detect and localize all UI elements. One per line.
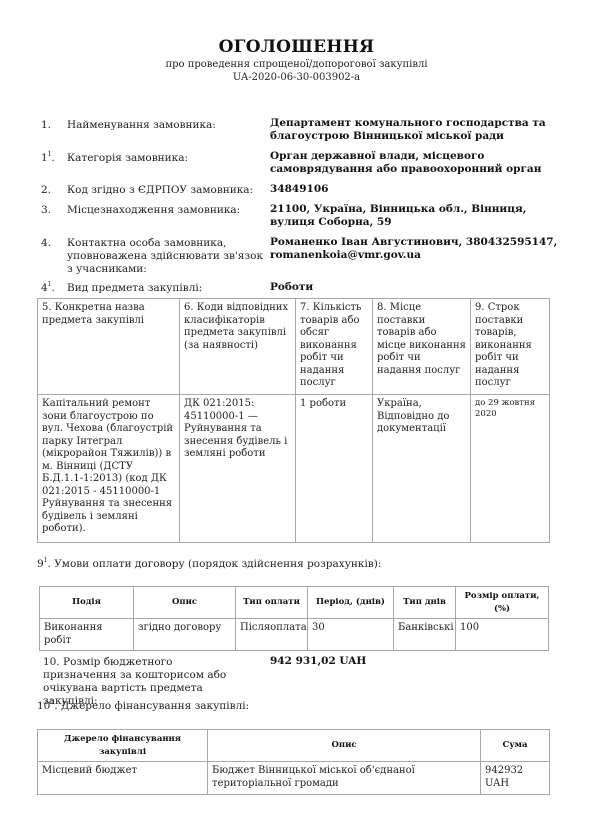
header-cell: Тип оплати: [236, 587, 308, 619]
funding-table: Джерело фінансування закупівлі Опис Сума…: [37, 729, 550, 795]
header-cell: Період, (днів): [308, 587, 394, 619]
table-header-row: Подія Опис Тип оплати Період, (днів) Тип…: [40, 587, 549, 619]
field-label-edrpou: Код згідно з ЄДРПОУ замовника:: [67, 184, 257, 197]
field-value-location: 21100, Україна, Вінницька обл., Вінниця,…: [270, 203, 560, 229]
field-number: 1.: [41, 119, 51, 131]
payment-description: згідно договору: [134, 619, 236, 651]
field-value-customer-name: Департамент комунального господарства та…: [270, 117, 560, 143]
field-value-customer-category: Орган державної влади, місцевого самовря…: [270, 150, 560, 176]
header-cell: 7. Кількість товарів або обсяг виконання…: [296, 299, 373, 395]
field-number: 11.: [41, 152, 55, 164]
item-delivery-place: Україна, Відповідно до документації: [373, 395, 471, 543]
field-label-location: Місцезнаходження замовника:: [67, 204, 257, 217]
item-quantity: 1 роботи: [296, 395, 373, 543]
payment-day-type: Банківські: [394, 619, 456, 651]
item-name: Капітальний ремонт зони благоустрою по в…: [38, 395, 180, 543]
header-cell: Сума: [481, 730, 550, 762]
budget-value: 942 931,02 UAH: [270, 655, 366, 667]
table-row: Місцевий бюджет Бюджет Вінницької місько…: [38, 762, 550, 795]
payment-event: Виконання робіт: [40, 619, 134, 651]
procurement-type: про проведення спрощеної/допорогової зак…: [0, 58, 593, 71]
field-number: 3.: [41, 204, 51, 216]
header-cell: 5. Конкретна назва предмета закупівлі: [38, 299, 180, 395]
funding-description: Бюджет Вінницької міської об'єднаної тер…: [208, 762, 481, 795]
field-number: 4.: [41, 237, 51, 249]
table-row: Виконання робіт згідно договору Післяопл…: [40, 619, 549, 651]
item-classifier: ДК 021:2015: 45110000-1 — Руйнування та …: [180, 395, 296, 543]
header-cell: Подія: [40, 587, 134, 619]
funding-amount: 942932 UAH: [481, 762, 550, 795]
header-cell: Опис: [208, 730, 481, 762]
table-row: Капітальний ремонт зони благоустрою по в…: [38, 395, 550, 543]
field-label-customer-name: Найменування замовника:: [67, 119, 257, 132]
field-label-customer-category: Категорія замовника:: [67, 152, 257, 165]
procurement-id: UA-2020-06-30-003902-a: [0, 71, 593, 84]
table-header-row: Джерело фінансування закупівлі Опис Сума: [38, 730, 550, 762]
header-cell: 9. Строк поставки товарів, виконання роб…: [471, 299, 550, 395]
field-label-contact: Контактна особа замовника, уповноважена …: [67, 237, 267, 276]
header-cell: Розмір оплати, (%): [456, 587, 549, 619]
field-number: 41.: [41, 282, 55, 294]
payment-type: Післяоплата: [236, 619, 308, 651]
table-header-row: 5. Конкретна назва предмета закупівлі 6.…: [38, 299, 550, 395]
field-number: 2.: [41, 184, 51, 196]
field-value-edrpou: 34849106: [270, 183, 560, 196]
field-value-contact: Романенко Іван Августинович, 38043259514…: [270, 236, 560, 262]
field-label-subject-type: Вид предмета закупівлі:: [67, 282, 257, 295]
header-cell: Тип днів: [394, 587, 456, 619]
header-cell: Джерело фінансування закупівлі: [38, 730, 208, 762]
funding-source: Місцевий бюджет: [38, 762, 208, 795]
header-cell: 8. Місце поставки товарів або місце вико…: [373, 299, 471, 395]
field-value-subject-type: Роботи: [270, 281, 560, 294]
header-cell: Опис: [134, 587, 236, 619]
header-cell: 6. Коди відповідних класифікаторів предм…: [180, 299, 296, 395]
items-table: 5. Конкретна назва предмета закупівлі 6.…: [37, 298, 550, 543]
document-subtitle: про проведення спрощеної/допорогової зак…: [0, 58, 593, 84]
funding-section-label: 102. Джерело фінансування закупівлі:: [37, 700, 249, 712]
item-delivery-term: до 29 жовтня 2020: [471, 395, 550, 543]
payment-period: 30: [308, 619, 394, 651]
document-title: ОГОЛОШЕННЯ: [0, 37, 593, 57]
payment-table: Подія Опис Тип оплати Період, (днів) Тип…: [39, 586, 549, 651]
payment-section-label: 91. Умови оплати договору (порядок здійс…: [37, 558, 381, 570]
payment-percent: 100: [456, 619, 549, 651]
